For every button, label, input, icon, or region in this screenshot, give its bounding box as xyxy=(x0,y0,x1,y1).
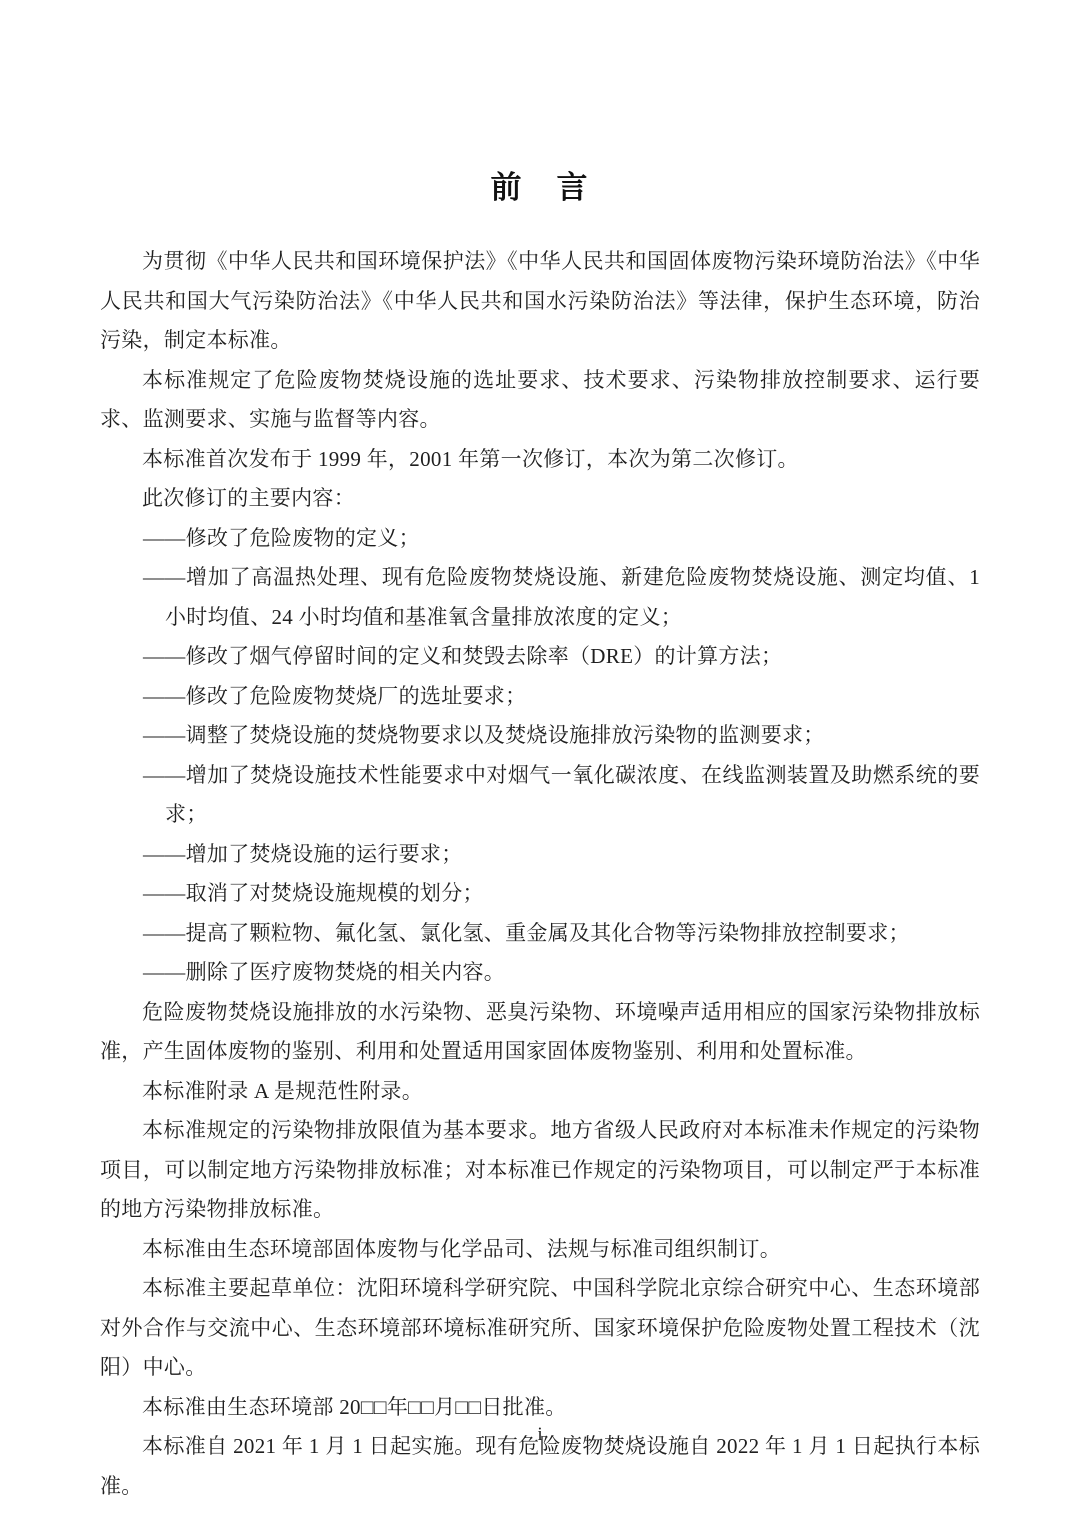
revision-item: ——增加了高温热处理、现有危险废物焚烧设施、新建危险废物焚烧设施、测定均值、1 … xyxy=(100,558,980,637)
revision-item: ——修改了危险废物焚烧厂的选址要求； xyxy=(100,677,980,717)
paragraph: 本标准由生态环境部 20□□年□□月□□日批准。 xyxy=(100,1388,980,1428)
revision-item: ——调整了焚烧设施的焚烧物要求以及焚烧设施排放污染物的监测要求； xyxy=(100,716,980,756)
revision-item: ——删除了医疗废物焚烧的相关内容。 xyxy=(100,953,980,993)
revision-item: ——增加了焚烧设施的运行要求； xyxy=(100,835,980,875)
paragraph: 本标准规定了危险废物焚烧设施的选址要求、技术要求、污染物排放控制要求、运行要求、… xyxy=(100,361,980,440)
revision-item: ——增加了焚烧设施技术性能要求中对烟气一氧化碳浓度、在线监测装置及助燃系统的要求… xyxy=(100,756,980,835)
paragraph: 本标准规定的污染物排放限值为基本要求。地方省级人民政府对本标准未作规定的污染物项… xyxy=(100,1111,980,1230)
document-page: 前 言 为贯彻《中华人民共和国环境保护法》《中华人民共和国固体废物污染环境防治法… xyxy=(0,0,1080,1527)
paragraph: 此次修订的主要内容： xyxy=(100,479,980,519)
revision-item: ——提高了颗粒物、氟化氢、氯化氢、重金属及其化合物等污染物排放控制要求； xyxy=(100,914,980,954)
paragraph: 本标准由生态环境部固体废物与化学品司、法规与标准司组织制订。 xyxy=(100,1230,980,1270)
paragraph: 本标准首次发布于 1999 年，2001 年第一次修订，本次为第二次修订。 xyxy=(100,440,980,480)
revision-item: ——修改了危险废物的定义； xyxy=(100,519,980,559)
page-title: 前 言 xyxy=(100,168,980,208)
revision-item: ——取消了对焚烧设施规模的划分； xyxy=(100,874,980,914)
paragraph: 本标准主要起草单位：沈阳环境科学研究院、中国科学院北京综合研究中心、生态环境部对… xyxy=(100,1269,980,1388)
page-number: i xyxy=(0,1424,1080,1446)
paragraph: 危险废物焚烧设施排放的水污染物、恶臭污染物、环境噪声适用相应的国家污染物排放标准… xyxy=(100,993,980,1072)
document-body: 为贯彻《中华人民共和国环境保护法》《中华人民共和国固体废物污染环境防治法》《中华… xyxy=(100,242,980,1506)
revision-item: ——修改了烟气停留时间的定义和焚毁去除率（DRE）的计算方法； xyxy=(100,637,980,677)
paragraph: 为贯彻《中华人民共和国环境保护法》《中华人民共和国固体废物污染环境防治法》《中华… xyxy=(100,242,980,361)
paragraph: 本标准附录 A 是规范性附录。 xyxy=(100,1072,980,1112)
